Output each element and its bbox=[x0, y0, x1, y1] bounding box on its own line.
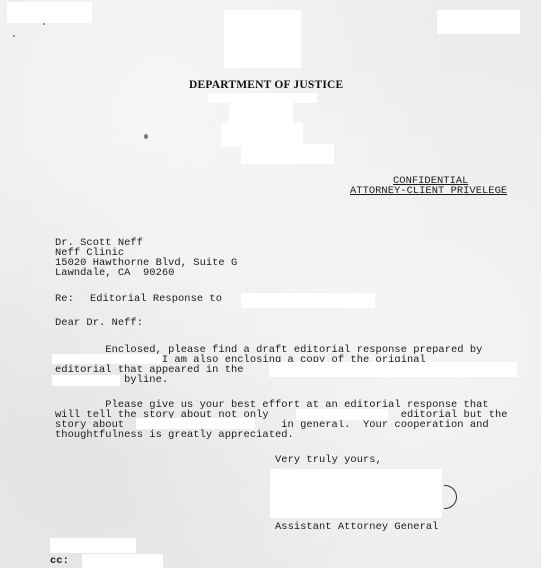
redaction-publication-name bbox=[269, 362, 517, 377]
subject-label: Re: bbox=[55, 294, 74, 304]
body-line: thoughtfulness is greatly appreciated. bbox=[55, 430, 294, 440]
redaction-byline-author bbox=[52, 375, 120, 386]
redaction-letterhead-address-2 bbox=[229, 103, 293, 123]
redaction-letterhead-address-4 bbox=[241, 144, 334, 164]
redaction-letterhead-address-1 bbox=[208, 93, 317, 103]
redaction-story-subject bbox=[136, 418, 255, 429]
redaction-cc-header bbox=[50, 538, 136, 553]
redaction-top-center-seal bbox=[224, 10, 301, 68]
valediction: Very truly yours, bbox=[275, 455, 382, 465]
redaction-subject-name bbox=[241, 293, 375, 308]
redaction-top-right-header bbox=[437, 10, 520, 34]
cc-label: cc: bbox=[50, 556, 69, 566]
paper-speck bbox=[144, 134, 148, 139]
paper-speck bbox=[13, 35, 15, 37]
signer-title: Assistant Attorney General bbox=[275, 522, 438, 532]
subject-text: Editorial Response to bbox=[90, 294, 222, 304]
privilege-label: ATTORNEY-CLIENT PRIVELEGE bbox=[350, 186, 507, 196]
salutation: Dear Dr. Neff: bbox=[55, 318, 143, 328]
paper-speck bbox=[43, 23, 45, 25]
redaction-editorial-author bbox=[296, 409, 388, 420]
agency-heading: DEPARTMENT OF JUSTICE bbox=[189, 79, 343, 91]
recipient-city: Lawndale, CA 90260 bbox=[55, 268, 174, 278]
redaction-cc-recipient bbox=[82, 554, 163, 568]
signature-stroke bbox=[444, 485, 457, 509]
redaction-signature-name bbox=[270, 469, 442, 518]
redaction-top-left-header bbox=[7, 2, 92, 23]
redaction-preparer-name bbox=[52, 354, 162, 364]
